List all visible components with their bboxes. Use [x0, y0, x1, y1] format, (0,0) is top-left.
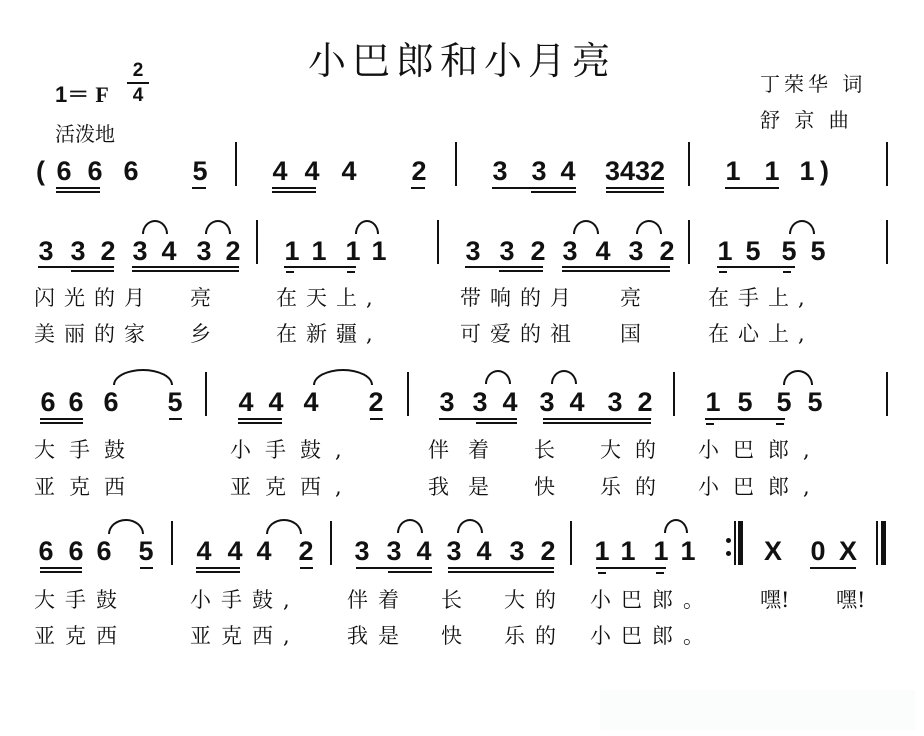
- barline: [455, 142, 457, 186]
- note: 2: [366, 387, 386, 417]
- lyric-verse1: 小巴郎,: [698, 438, 824, 462]
- lyric-verse1: 伴着: [347, 588, 409, 612]
- note: 4: [414, 536, 434, 566]
- underline: [56, 191, 100, 193]
- underline: [132, 270, 239, 272]
- note: 1: [369, 236, 389, 266]
- note: 6: [101, 387, 121, 417]
- note: 1: [651, 536, 671, 566]
- note: 3: [384, 536, 404, 566]
- lyric-verse2: 美丽的家: [34, 322, 154, 346]
- note: 1: [715, 236, 735, 266]
- note: 1: [762, 156, 782, 186]
- note: 5: [165, 387, 185, 417]
- note: 4: [474, 536, 494, 566]
- barline: [171, 521, 173, 565]
- key-signature: 1＝ F: [55, 78, 109, 109]
- underline: [562, 266, 670, 268]
- slur: [142, 220, 168, 234]
- slur: [551, 370, 577, 384]
- note-clap: X: [763, 536, 783, 566]
- slur: [266, 519, 302, 534]
- slur: [485, 370, 511, 384]
- note: 1: [797, 156, 817, 186]
- time-sig-denominator: 4: [127, 85, 149, 106]
- note: 1: [678, 536, 698, 566]
- lyric-verse1: 小巴郎。: [590, 588, 714, 612]
- note: 2: [657, 236, 677, 266]
- note-rest: 0: [808, 536, 828, 566]
- note-clap: X: [838, 536, 858, 566]
- underline: [783, 271, 791, 273]
- underline: [606, 191, 664, 193]
- lyric-verse1: 着: [468, 438, 489, 462]
- note: 6: [66, 536, 86, 566]
- lyric-verse1: 小手鼓,: [230, 438, 356, 462]
- underline: [132, 266, 239, 268]
- slur: [313, 369, 373, 385]
- underline: [56, 187, 100, 189]
- lyric-verse2: 亚克西,: [190, 624, 300, 648]
- note: 4: [567, 387, 587, 417]
- note: 4: [302, 156, 322, 186]
- note-group: 3432: [605, 156, 665, 186]
- lyric-verse1: 闪光的月: [34, 286, 154, 310]
- lyric-verse2: 我: [428, 475, 449, 499]
- note: 4: [558, 156, 578, 186]
- slur: [397, 519, 423, 533]
- underline: [448, 571, 554, 573]
- underline: [448, 567, 554, 569]
- key-tonic-label: 1＝: [55, 82, 89, 107]
- slur: [789, 220, 815, 234]
- lyric-verse1: 大手鼓: [34, 588, 127, 612]
- note: 1: [592, 536, 612, 566]
- slur: [783, 370, 813, 385]
- underline: [169, 418, 182, 420]
- lyric-verse2: 乐的: [600, 475, 670, 499]
- note: 6: [36, 536, 56, 566]
- underline: [411, 187, 425, 189]
- barline: [673, 372, 675, 416]
- underline: [543, 422, 651, 424]
- note: 4: [500, 387, 520, 417]
- note: 3: [497, 236, 517, 266]
- underline: [356, 567, 432, 569]
- underline: [286, 271, 294, 273]
- time-signature: 2 4: [127, 60, 149, 106]
- lyric-verse1: 大的: [504, 588, 566, 612]
- lyric-shout: 嘿!: [760, 588, 789, 612]
- lyric-verse1: 大手鼓: [34, 438, 139, 462]
- lyric-verse1: 在天上,: [276, 286, 382, 310]
- note: 5: [779, 236, 799, 266]
- repeat-dot: [726, 551, 731, 556]
- underline: [705, 418, 785, 420]
- underline: [40, 571, 82, 573]
- lyric-verse1: 在手上,: [708, 286, 814, 310]
- barline: [886, 220, 888, 264]
- final-barline-thin: [876, 521, 878, 565]
- note: 1: [343, 236, 363, 266]
- underline: [272, 187, 316, 189]
- note: 4: [159, 236, 179, 266]
- note: 4: [266, 387, 286, 417]
- underline: [656, 572, 664, 574]
- note: 1: [282, 236, 302, 266]
- barline: [886, 372, 888, 416]
- underline: [196, 567, 240, 569]
- lyric-verse1: 小手鼓,: [190, 588, 300, 612]
- tempo-marking: 活泼地: [55, 118, 115, 147]
- note: 6: [94, 536, 114, 566]
- lyric-verse2: 在心上,: [708, 322, 814, 346]
- underline: [810, 567, 856, 569]
- lyric-verse1: 亮: [190, 286, 211, 310]
- note: 3: [194, 236, 214, 266]
- note: 3: [444, 536, 464, 566]
- underline: [238, 422, 282, 424]
- final-barline-thick: [881, 521, 886, 565]
- note: 3: [130, 236, 150, 266]
- barline: [570, 521, 572, 565]
- barline: [437, 220, 439, 264]
- underline: [196, 571, 240, 573]
- note: 4: [301, 387, 321, 417]
- underline: [598, 572, 606, 574]
- underline: [531, 191, 576, 193]
- barline: [886, 142, 888, 186]
- note: 5: [136, 536, 156, 566]
- lyric-verse2: 小巴郎。: [590, 624, 714, 648]
- underline: [140, 567, 153, 569]
- slur: [113, 369, 173, 385]
- lyric-verse2: 小巴郎,: [698, 475, 824, 499]
- underline: [284, 266, 356, 268]
- note: 2: [538, 536, 558, 566]
- underline: [562, 270, 670, 272]
- note: 6: [54, 156, 74, 186]
- lyric-verse2: 在新疆,: [276, 322, 382, 346]
- slur: [205, 220, 231, 234]
- lyric-verse2: 可爱的祖: [460, 322, 580, 346]
- lyric-shout: 嘿!: [836, 588, 865, 612]
- underline: [40, 422, 83, 424]
- note: 2: [223, 236, 243, 266]
- note: 4: [339, 156, 359, 186]
- lyricist-credit: 丁荣华 词: [760, 68, 866, 97]
- lyric-verse2: 我是: [347, 624, 409, 648]
- note: 5: [774, 387, 794, 417]
- underline: [543, 418, 651, 420]
- note: 3: [463, 236, 483, 266]
- underline: [606, 187, 664, 189]
- note: 5: [743, 236, 763, 266]
- note: 6: [66, 387, 86, 417]
- note: 3: [605, 387, 625, 417]
- note: 3: [507, 536, 527, 566]
- note: 2: [98, 236, 118, 266]
- underline: [725, 187, 779, 189]
- slur: [457, 519, 483, 533]
- composer-credit: 舒 京 曲: [760, 104, 853, 133]
- note: 3: [470, 387, 490, 417]
- lyric-verse1: 长: [441, 588, 462, 612]
- lyric-verse2: 乐的: [504, 624, 566, 648]
- lyric-verse2: 乡: [190, 322, 211, 346]
- note: 1: [309, 236, 329, 266]
- note: 3: [560, 236, 580, 266]
- faint-watermark-area: [600, 690, 915, 730]
- lyric-verse1: 伴: [428, 438, 449, 462]
- slur: [664, 519, 688, 533]
- note: 3: [537, 387, 557, 417]
- underline: [192, 187, 206, 189]
- underline: [596, 567, 666, 569]
- slur: [355, 220, 379, 234]
- repeat-dot: [726, 538, 731, 543]
- underline: [706, 423, 714, 425]
- barline: [688, 142, 690, 186]
- note: 3: [437, 387, 457, 417]
- lyric-verse2: 是: [468, 475, 489, 499]
- close-parenthesis: ): [820, 156, 829, 186]
- note: 1: [618, 536, 638, 566]
- time-sig-numerator: 2: [127, 60, 149, 81]
- note: 1: [723, 156, 743, 186]
- underline: [40, 418, 83, 420]
- note: 4: [270, 156, 290, 186]
- note: 6: [121, 156, 141, 186]
- lyric-verse2: 亚克西: [34, 624, 127, 648]
- barline: [235, 142, 237, 186]
- underline: [476, 422, 517, 424]
- note: 2: [528, 236, 548, 266]
- note: 4: [194, 536, 214, 566]
- underline: [492, 187, 576, 189]
- open-parenthesis: (: [36, 156, 45, 186]
- slur: [636, 220, 662, 234]
- note: 4: [593, 236, 613, 266]
- note: 3: [529, 156, 549, 186]
- note: 4: [254, 536, 274, 566]
- barline: [407, 372, 409, 416]
- note: 4: [236, 387, 256, 417]
- note: 5: [735, 387, 755, 417]
- lyric-verse2: 快: [534, 475, 555, 499]
- underline: [439, 418, 517, 420]
- lyric-verse1: 亮: [620, 286, 641, 310]
- note: 5: [808, 236, 828, 266]
- note: 3: [68, 236, 88, 266]
- barline: [330, 521, 332, 565]
- note: 2: [635, 387, 655, 417]
- time-sig-divider: [127, 82, 149, 84]
- slur: [573, 220, 599, 234]
- repeat-barline-thin: [734, 521, 736, 565]
- note: 6: [85, 156, 105, 186]
- note: 3: [352, 536, 372, 566]
- note: 3: [490, 156, 510, 186]
- note: 3: [36, 236, 56, 266]
- note: 2: [296, 536, 316, 566]
- lyric-verse2: 快: [441, 624, 462, 648]
- underline: [238, 418, 282, 420]
- repeat-barline-thick: [738, 521, 743, 565]
- underline: [38, 266, 114, 268]
- note: 3: [626, 236, 646, 266]
- lyric-verse2: 国: [620, 322, 641, 346]
- note: 1: [703, 387, 723, 417]
- underline: [465, 266, 543, 268]
- note: 5: [805, 387, 825, 417]
- underline: [370, 418, 383, 420]
- underline: [776, 423, 784, 425]
- underline: [388, 571, 432, 573]
- underline: [499, 270, 543, 272]
- underline: [300, 567, 313, 569]
- lyric-verse1: 长: [534, 438, 555, 462]
- underline: [40, 567, 82, 569]
- key-name: F: [95, 82, 108, 107]
- underline: [71, 270, 114, 272]
- note: 4: [225, 536, 245, 566]
- lyric-verse2: 亚克西: [34, 475, 139, 499]
- slur: [108, 519, 144, 534]
- underline: [347, 271, 355, 273]
- lyric-verse2: 亚克西,: [230, 475, 356, 499]
- underline: [272, 191, 316, 193]
- barline: [256, 220, 258, 264]
- barline: [688, 220, 690, 264]
- lyric-verse1: 带响的月: [460, 286, 580, 310]
- note: 6: [38, 387, 58, 417]
- underline: [717, 266, 795, 268]
- note: 5: [190, 156, 210, 186]
- barline: [205, 372, 207, 416]
- underline: [719, 271, 727, 273]
- lyric-verse1: 大的: [600, 438, 670, 462]
- note: 2: [409, 156, 429, 186]
